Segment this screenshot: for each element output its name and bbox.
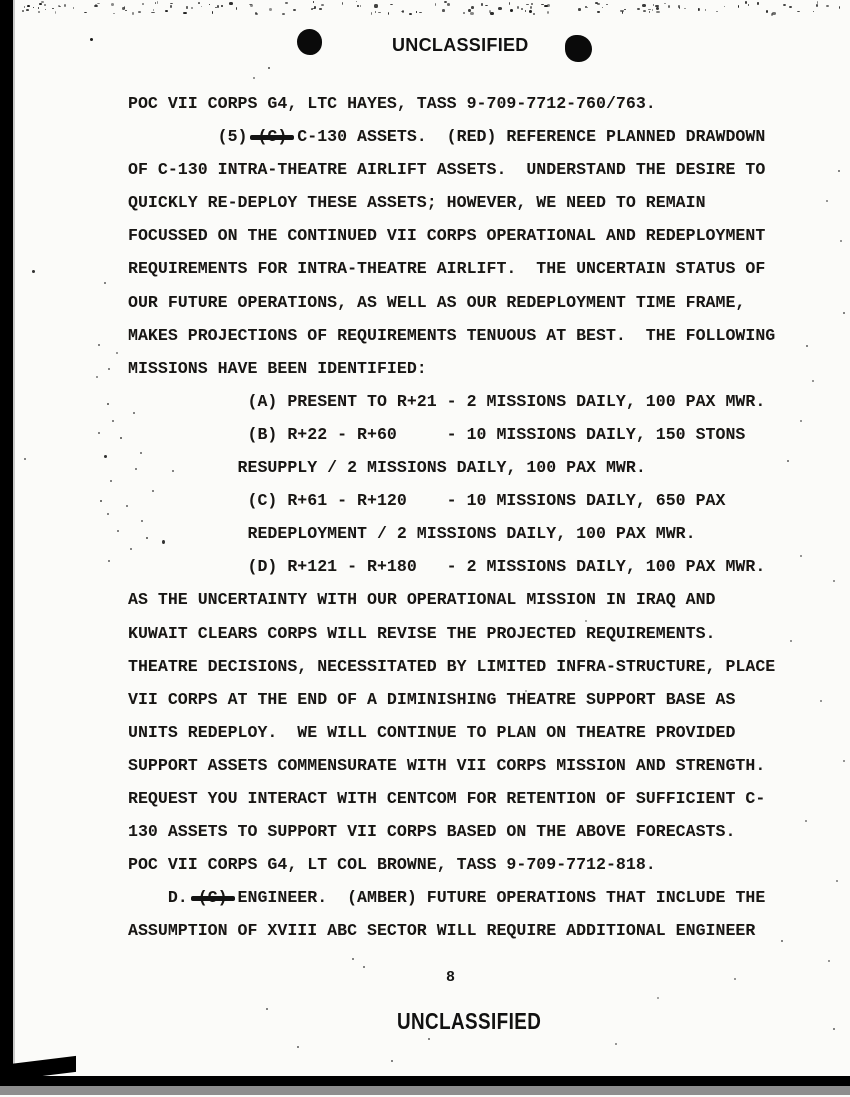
noise-speck xyxy=(843,312,845,314)
noise-speck xyxy=(314,6,315,9)
noise-speck xyxy=(191,7,192,9)
text-segment: MAKES PROJECTIONS OF REQUIREMENTS TENUOU… xyxy=(128,326,775,345)
noise-speck xyxy=(521,8,523,10)
noise-speck xyxy=(44,4,45,6)
text-segment: (D) R+121 - R+180 - 2 MISSIONS DAILY, 10… xyxy=(128,557,765,576)
text-segment: ASSUMPTION OF XVIII ABC SECTOR WILL REQU… xyxy=(128,921,755,940)
noise-speck xyxy=(170,5,171,8)
noise-speck xyxy=(428,1038,430,1040)
noise-speck xyxy=(533,13,535,15)
noise-speck xyxy=(111,3,114,6)
document-line: RESUPPLY / 2 MISSIONS DAILY, 100 PAX MWR… xyxy=(128,451,828,484)
noise-speck xyxy=(485,5,488,6)
noise-speck xyxy=(215,7,217,8)
noise-speck xyxy=(637,8,639,10)
noise-speck xyxy=(311,9,313,10)
noise-speck xyxy=(64,4,66,7)
noise-speck xyxy=(98,432,100,434)
noise-speck xyxy=(170,3,174,4)
noise-speck xyxy=(266,1008,268,1010)
noise-speck xyxy=(113,13,114,14)
text-segment: FOCUSSED ON THE CONTINUED VII CORPS OPER… xyxy=(128,226,765,245)
noise-speck xyxy=(375,11,376,14)
noise-speck xyxy=(587,7,588,8)
noise-speck xyxy=(656,11,659,14)
noise-speck xyxy=(840,240,842,242)
noise-speck xyxy=(664,3,666,4)
noise-speck xyxy=(836,880,838,882)
text-segment: SUPPORT ASSETS COMMENSURATE WITH VII COR… xyxy=(128,756,765,775)
noise-speck xyxy=(378,12,380,13)
header-classification-label: UNCLASSIFIED xyxy=(392,35,529,56)
noise-speck xyxy=(98,344,100,346)
text-segment: REQUIREMENTS FOR INTRA-THEATRE AIRLIFT. … xyxy=(128,259,765,278)
noise-speck xyxy=(401,11,404,12)
noise-speck xyxy=(297,1046,299,1048)
noise-speck xyxy=(217,5,220,8)
noise-speck xyxy=(828,960,830,962)
document-line: AS THE UNCERTAINTY WITH OUR OPERATIONAL … xyxy=(128,583,828,616)
noise-speck xyxy=(649,11,650,13)
document-line: ASSUMPTION OF XVIII ABC SECTOR WILL REQU… xyxy=(128,914,828,947)
text-segment: 130 ASSETS TO SUPPORT VII CORPS BASED ON… xyxy=(128,822,735,841)
noise-speck xyxy=(470,12,473,15)
noise-speck xyxy=(120,437,122,439)
noise-speck xyxy=(104,282,106,284)
noise-speck xyxy=(363,966,365,968)
noise-speck xyxy=(212,11,214,14)
document-line: (A) PRESENT TO R+21 - 2 MISSIONS DAILY, … xyxy=(128,385,828,418)
noise-speck xyxy=(481,3,482,5)
noise-speck xyxy=(526,4,528,6)
text-segment: AS THE UNCERTAINTY WITH OUR OPERATIONAL … xyxy=(128,590,716,609)
text-segment: POC VII CORPS G4, LT COL BROWNE, TASS 9-… xyxy=(128,855,656,874)
document-line: REDEPLOYMENT / 2 MISSIONS DAILY, 100 PAX… xyxy=(128,517,828,550)
noise-speck xyxy=(153,9,154,10)
stamp-dot-icon xyxy=(297,29,322,55)
text-segment: REDEPLOYMENT / 2 MISSIONS DAILY, 100 PAX… xyxy=(128,524,696,543)
noise-speck xyxy=(229,2,232,5)
document-line: (B) R+22 - R+60 - 10 MISSIONS DAILY, 150… xyxy=(128,418,828,451)
noise-speck xyxy=(122,7,124,10)
noise-speck xyxy=(471,6,474,9)
noise-speck xyxy=(409,13,412,15)
text-segment: VII CORPS AT THE END OF A DIMINISHING TH… xyxy=(128,690,735,709)
noise-speck xyxy=(32,270,35,273)
document-line: MISSIONS HAVE BEEN IDENTIFIED: xyxy=(128,352,828,385)
noise-speck xyxy=(45,9,46,10)
noise-speck xyxy=(839,6,840,9)
noise-speck xyxy=(100,500,102,502)
stamp-dot-icon xyxy=(565,35,592,62)
noise-speck xyxy=(419,12,422,14)
noise-speck xyxy=(668,5,670,8)
noise-speck xyxy=(547,4,550,7)
noise-speck xyxy=(165,10,168,12)
document-line: (C) R+61 - R+120 - 10 MISSIONS DAILY, 65… xyxy=(128,484,828,517)
noise-speck xyxy=(826,5,829,7)
noise-speck xyxy=(679,7,681,10)
scanned-document-page: { "colors": { "ink": "#181614", "paper":… xyxy=(0,0,850,1097)
noise-speck xyxy=(772,12,776,14)
noise-speck xyxy=(155,2,156,4)
noise-speck xyxy=(73,7,75,9)
noise-speck xyxy=(22,10,24,12)
noise-speck xyxy=(648,9,650,11)
text-segment: KUWAIT CLEARS CORPS WILL REVISE THE PROJ… xyxy=(128,624,716,643)
document-line: REQUIREMENTS FOR INTRA-THEATRE AIRLIFT. … xyxy=(128,252,828,285)
noise-speck xyxy=(352,958,354,960)
document-line: QUICKLY RE-DEPLOY THESE ASSETS; HOWEVER,… xyxy=(128,186,828,219)
noise-speck xyxy=(357,5,360,8)
noise-speck xyxy=(745,1,747,4)
document-line: OF C-130 INTRA-THEATRE AIRLIFT ASSETS. U… xyxy=(128,153,828,186)
text-segment: OUR FUTURE OPERATIONS, AS WELL AS OUR RE… xyxy=(128,293,745,312)
noise-speck xyxy=(201,6,202,7)
noise-speck xyxy=(107,403,109,405)
noise-speck xyxy=(595,2,599,4)
noise-speck xyxy=(766,10,768,13)
noise-speck xyxy=(771,13,773,16)
noise-speck xyxy=(498,7,501,10)
noise-speck xyxy=(94,5,97,7)
noise-speck xyxy=(342,2,343,5)
noise-speck xyxy=(541,4,544,6)
noise-speck xyxy=(285,2,288,3)
document-line: D. (C) ENGINEER. (AMBER) FUTURE OPERATIO… xyxy=(128,881,828,914)
text-segment: THEATRE DECISIONS, NECESSITATED BY LIMIT… xyxy=(128,657,775,676)
text-segment: OF C-130 INTRA-THEATRE AIRLIFT ASSETS. U… xyxy=(128,160,765,179)
noise-speck xyxy=(313,1,314,3)
noise-speck xyxy=(319,8,322,10)
noise-speck xyxy=(38,7,40,9)
noise-speck xyxy=(738,5,739,8)
noise-speck xyxy=(90,38,93,41)
noise-speck xyxy=(705,9,706,11)
noise-speck xyxy=(124,6,125,9)
document-line: VII CORPS AT THE END OF A DIMINISHING TH… xyxy=(128,683,828,716)
noise-speck xyxy=(95,4,97,7)
noise-speck xyxy=(104,455,107,458)
noise-speck xyxy=(833,580,835,582)
noise-speck xyxy=(525,10,526,13)
noise-speck xyxy=(585,6,588,9)
noise-speck xyxy=(698,8,701,11)
text-segment: MISSIONS HAVE BEEN IDENTIFIED: xyxy=(128,359,427,378)
noise-speck xyxy=(530,6,532,9)
noise-speck xyxy=(757,2,758,4)
noise-speck xyxy=(255,13,258,15)
noise-speck xyxy=(183,12,187,14)
noise-speck xyxy=(157,1,158,4)
noise-speck xyxy=(698,8,699,11)
noise-speck xyxy=(402,10,405,13)
struck-classification-marking: (C) xyxy=(198,881,228,914)
noise-speck xyxy=(653,4,654,5)
text-segment: D. xyxy=(128,888,198,907)
noise-speck xyxy=(416,11,417,13)
noise-speck xyxy=(517,6,519,9)
noise-speck xyxy=(734,978,736,980)
noise-speck xyxy=(547,11,549,14)
text-segment: (A) PRESENT TO R+21 - 2 MISSIONS DAILY, … xyxy=(128,392,765,411)
noise-speck xyxy=(108,560,110,562)
noise-speck xyxy=(391,1060,393,1062)
document-line: (5) (C) C-130 ASSETS. (RED) REFERENCE PL… xyxy=(128,120,828,153)
noise-speck xyxy=(509,2,510,5)
noise-speck xyxy=(642,4,645,7)
text-segment: RESUPPLY / 2 MISSIONS DAILY, 100 PAX MWR… xyxy=(128,458,646,477)
footer-classification-label: UNCLASSIFIED xyxy=(397,1008,541,1035)
noise-speck xyxy=(622,11,623,14)
noise-speck xyxy=(531,3,533,5)
noise-speck xyxy=(52,8,54,9)
noise-speck xyxy=(360,5,361,7)
noise-speck xyxy=(59,6,61,7)
noise-speck xyxy=(117,530,119,532)
noise-speck xyxy=(716,11,718,12)
noise-speck xyxy=(33,7,34,8)
noise-speck xyxy=(463,12,465,14)
noise-speck xyxy=(606,4,608,5)
noise-speck xyxy=(684,8,687,9)
text-segment: (B) R+22 - R+60 - 10 MISSIONS DAILY, 150… xyxy=(128,425,745,444)
document-line: FOCUSSED ON THE CONTINUED VII CORPS OPER… xyxy=(128,219,828,252)
document-line: SUPPORT ASSETS COMMENSURATE WITH VII COR… xyxy=(128,749,828,782)
document-line: THEATRE DECISIONS, NECESSITATED BY LIMIT… xyxy=(128,650,828,683)
noise-speck xyxy=(125,10,127,11)
noise-speck xyxy=(268,67,270,69)
noise-speck xyxy=(797,11,800,12)
noise-speck xyxy=(221,5,222,7)
noise-speck xyxy=(678,5,681,8)
noise-speck xyxy=(597,3,600,5)
noise-speck xyxy=(112,420,114,422)
document-line: 130 ASSETS TO SUPPORT VII CORPS BASED ON… xyxy=(128,815,828,848)
noise-speck xyxy=(321,4,324,6)
noise-speck xyxy=(817,1,818,3)
noise-speck xyxy=(107,513,109,515)
noise-speck xyxy=(816,4,818,7)
noise-speck xyxy=(38,11,40,13)
page-number: 8 xyxy=(446,969,455,986)
noise-speck xyxy=(656,7,659,10)
text-segment: (5) xyxy=(128,127,257,146)
noise-speck xyxy=(620,10,623,11)
noise-speck xyxy=(311,8,315,10)
noise-speck xyxy=(444,1,447,3)
scan-edge-bar-bottom xyxy=(0,1076,850,1086)
noise-speck xyxy=(813,11,814,13)
noise-speck xyxy=(529,10,532,13)
document-line: POC VII CORPS G4, LTC HAYES, TASS 9-709-… xyxy=(128,87,828,120)
noise-speck xyxy=(643,10,646,12)
text-segment: C-130 ASSETS. (RED) REFERENCE PLANNED DR… xyxy=(287,127,765,146)
noise-speck xyxy=(578,8,581,10)
noise-speck xyxy=(435,3,436,6)
noise-speck xyxy=(293,9,296,12)
noise-speck xyxy=(142,3,144,5)
noise-speck xyxy=(39,3,42,5)
document-line: (D) R+121 - R+180 - 2 MISSIONS DAILY, 10… xyxy=(128,550,828,583)
noise-speck xyxy=(442,9,445,12)
text-segment: REQUEST YOU INTERACT WITH CENTCOM FOR RE… xyxy=(128,789,765,808)
noise-speck xyxy=(209,4,210,6)
noise-speck xyxy=(151,12,154,13)
noise-speck xyxy=(186,6,187,8)
text-segment: QUICKLY RE-DEPLOY THESE ASSETS; HOWEVER,… xyxy=(128,193,706,212)
noise-speck xyxy=(388,12,389,15)
noise-speck xyxy=(110,480,112,482)
noise-speck xyxy=(838,170,840,172)
noise-speck xyxy=(371,12,372,15)
noise-speck xyxy=(447,3,450,6)
noise-speck xyxy=(24,6,25,8)
noise-speck xyxy=(652,9,653,10)
noise-speck xyxy=(748,4,749,6)
noise-speck xyxy=(24,458,26,460)
noise-speck xyxy=(97,3,100,4)
noise-speck xyxy=(390,4,393,5)
noise-speck xyxy=(253,77,255,79)
noise-speck xyxy=(602,7,603,8)
noise-speck xyxy=(55,11,56,14)
noise-speck xyxy=(269,8,272,11)
document-body: POC VII CORPS G4, LTC HAYES, TASS 9-709-… xyxy=(128,87,828,947)
noise-speck xyxy=(198,2,200,4)
noise-speck xyxy=(510,9,513,12)
document-line: UNITS REDEPLOY. WE WILL CONTINUE TO PLAN… xyxy=(128,716,828,749)
noise-speck xyxy=(58,5,60,7)
noise-speck xyxy=(96,376,98,378)
noise-speck xyxy=(356,1,357,2)
noise-speck xyxy=(255,12,257,14)
document-line: MAKES PROJECTIONS OF REQUIREMENTS TENUOU… xyxy=(128,319,828,352)
noise-speck xyxy=(84,12,88,14)
noise-speck xyxy=(833,1028,835,1030)
text-segment: POC VII CORPS G4, LTC HAYES, TASS 9-709-… xyxy=(128,94,656,113)
document-line: POC VII CORPS G4, LT COL BROWNE, TASS 9-… xyxy=(128,848,828,881)
scan-edge-bar-left xyxy=(0,0,15,1086)
document-line: OUR FUTURE OPERATIONS, AS WELL AS OUR RE… xyxy=(128,286,828,319)
document-line: KUWAIT CLEARS CORPS WILL REVISE THE PROJ… xyxy=(128,617,828,650)
noise-speck xyxy=(26,9,29,11)
noise-speck xyxy=(657,997,659,999)
noise-speck xyxy=(236,7,237,9)
noise-speck xyxy=(250,4,253,7)
noise-speck xyxy=(489,10,491,13)
noise-speck xyxy=(597,11,600,13)
noise-speck xyxy=(843,760,845,762)
noise-speck xyxy=(282,13,285,15)
noise-speck xyxy=(41,1,43,3)
noise-speck xyxy=(116,352,118,354)
noise-speck xyxy=(624,9,626,10)
scan-edge-bar-bottom-gray xyxy=(0,1086,850,1095)
struck-classification-marking: (C) xyxy=(257,120,287,153)
text-segment: UNITS REDEPLOY. WE WILL CONTINUE TO PLAN… xyxy=(128,723,735,742)
noise-speck xyxy=(490,12,493,15)
noise-speck xyxy=(789,6,792,8)
text-segment: (C) R+61 - R+120 - 10 MISSIONS DAILY, 65… xyxy=(128,491,725,510)
noise-speck xyxy=(249,4,252,5)
text-segment: ENGINEER. (AMBER) FUTURE OPERATIONS THAT… xyxy=(228,888,766,907)
noise-speck xyxy=(27,5,29,7)
noise-speck xyxy=(544,5,548,7)
noise-speck xyxy=(468,9,470,12)
noise-speck xyxy=(138,11,141,13)
noise-speck xyxy=(655,5,658,7)
noise-speck xyxy=(724,6,726,7)
noise-speck xyxy=(783,4,786,6)
noise-speck xyxy=(132,12,133,15)
noise-speck xyxy=(374,4,377,7)
noise-speck xyxy=(108,368,110,370)
document-line: REQUEST YOU INTERACT WITH CENTCOM FOR RE… xyxy=(128,782,828,815)
noise-speck xyxy=(615,1043,617,1045)
